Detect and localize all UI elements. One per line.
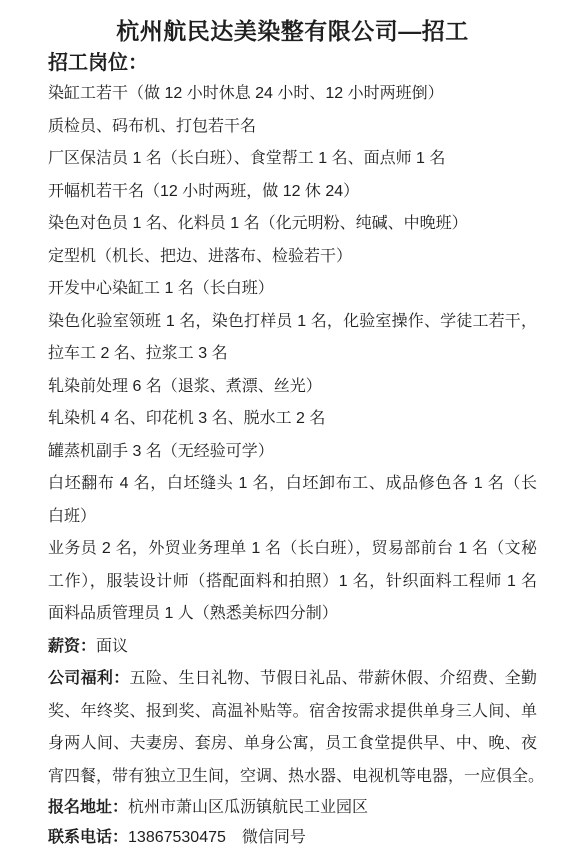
job-line: 轧染前处理 6 名（退浆、煮漂、丝光）	[48, 371, 537, 404]
salary-line: 薪资：面议	[48, 631, 537, 664]
positions-list: 染缸工若干（做 12 小时休息 24 小时、12 小时两班倒） 质检员、码布机、…	[48, 78, 537, 631]
contact-phone-line: 联系电话：13867530475 微信同号	[48, 823, 537, 851]
job-line: 染色对色员 1 名、化料员 1 名（化元明粉、纯碱、中晚班）	[48, 208, 537, 241]
job-line: 罐蒸机副手 3 名（无经验可学）	[48, 436, 537, 469]
job-line: 轧染机 4 名、印花机 3 名、脱水工 2 名	[48, 403, 537, 436]
contact-phone-label: 联系电话：	[48, 829, 128, 846]
job-line: 业务员 2 名，外贸业务理单 1 名（长白班），贸易部前台 1 名（文秘	[48, 533, 537, 566]
contact-phone-value: 13867530475 微信同号	[128, 829, 306, 846]
salary-label: 薪资：	[48, 638, 96, 655]
application-address-label: 报名地址：	[48, 799, 128, 816]
salary-value: 面议	[96, 638, 128, 655]
application-address-value: 杭州市萧山区瓜沥镇航民工业园区	[128, 799, 368, 816]
job-line: 开发中心染缸工 1 名（长白班）	[48, 273, 537, 306]
job-line: 面料品质管理员 1 人（熟悉美标四分制）	[48, 598, 537, 631]
benefits-text: 五险、生日礼物、节假日礼品、带薪休假、介绍费、全勤	[130, 670, 537, 687]
job-line: 开幅机若干名（12 小时两班，做 12 休 24）	[48, 176, 537, 209]
application-address-line: 报名地址：杭州市萧山区瓜沥镇航民工业园区	[48, 793, 537, 823]
job-line: 厂区保洁员 1 名（长白班）、食堂帮工 1 名、面点师 1 名	[48, 143, 537, 176]
benefits-line: 公司福利：五险、生日礼物、节假日礼品、带薪休假、介绍费、全勤	[48, 663, 537, 696]
job-line: 白班）	[48, 501, 537, 534]
job-line: 染缸工若干（做 12 小时休息 24 小时、12 小时两班倒）	[48, 78, 537, 111]
benefits-label: 公司福利：	[48, 670, 130, 687]
job-line: 染色化验室领班 1 名，染色打样员 1 名，化验室操作、学徒工若干，	[48, 306, 537, 339]
job-line: 定型机（机长、把边、进落布、检验若干）	[48, 241, 537, 274]
job-line: 工作），服装设计师（搭配面料和拍照）1 名，针织面料工程师 1 名	[48, 566, 537, 599]
benefits-line: 奖、年终奖、报到奖、高温补贴等。宿舍按需求提供单身三人间、单	[48, 696, 537, 729]
job-line: 拉车工 2 名、拉浆工 3 名	[48, 338, 537, 371]
benefits-paragraph: 公司福利：五险、生日礼物、节假日礼品、带薪休假、介绍费、全勤 奖、年终奖、报到奖…	[48, 663, 537, 793]
section-heading-positions: 招工岗位：	[48, 48, 537, 78]
job-line: 质检员、码布机、打包若干名	[48, 111, 537, 144]
recruitment-notice: 杭州航民达美染整有限公司—招工 招工岗位： 染缸工若干（做 12 小时休息 24…	[0, 0, 585, 851]
benefits-line: 宵四餐，带有独立卫生间，空调、热水器、电视机等电器，一应俱全。	[48, 761, 537, 794]
job-line: 白坯翻布 4 名，白坯缝头 1 名，白坯卸布工、成品修色各 1 名（长	[48, 468, 537, 501]
document-title: 杭州航民达美染整有限公司—招工	[48, 14, 537, 48]
benefits-line: 身两人间、夫妻房、套房、单身公寓，员工食堂提供早、中、晚、夜	[48, 728, 537, 761]
